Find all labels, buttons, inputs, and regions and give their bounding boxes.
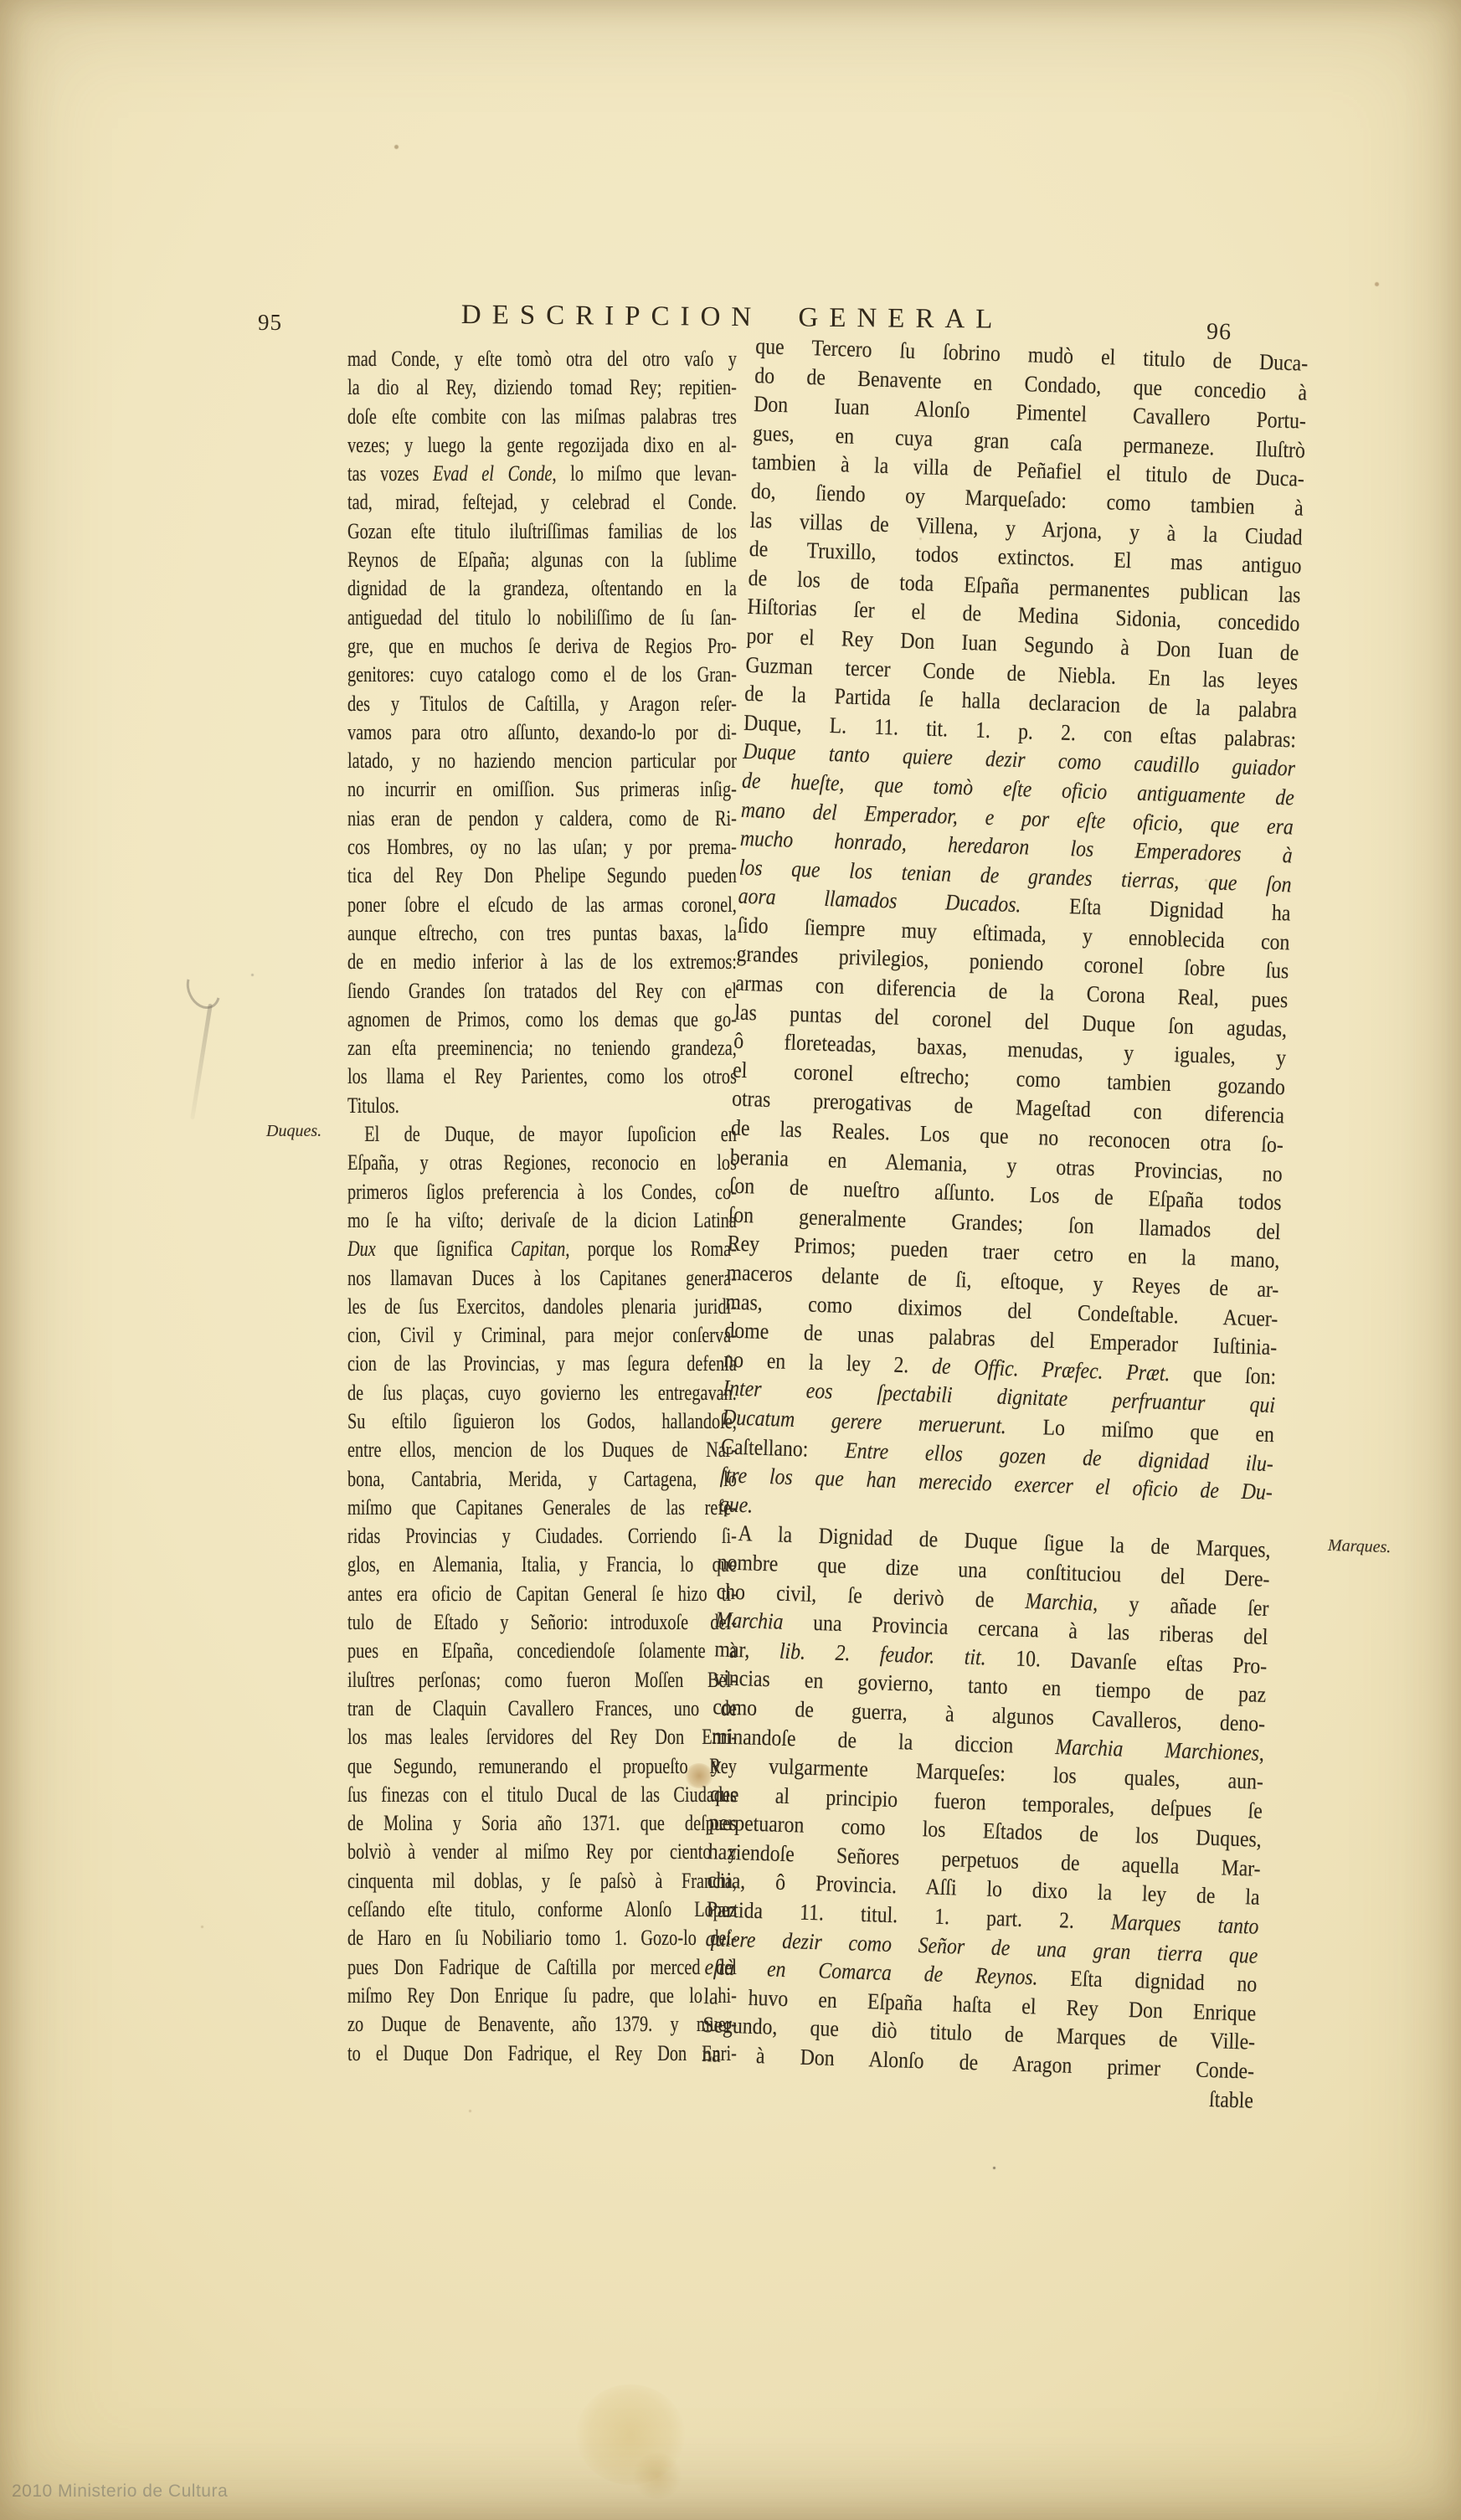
text-line: Dux que ſignifica Capitan, porque los Ro… <box>347 1235 737 1263</box>
text-column-page-95: mad Conde, y eſte tomò otra del otro vaſ… <box>347 345 737 2068</box>
text-line: tad, mirad, feſtejad, y celebrad el Cond… <box>347 488 737 517</box>
text-line: los llama el Rey Parientes, como los otr… <box>347 1062 737 1091</box>
text-line: tran de Claquin Cavallero Frances, uno d… <box>347 1695 737 1723</box>
paper-stain <box>632 2453 682 2499</box>
text-line: Eſpaña, y otras Regiones, reconocio en l… <box>347 1149 737 1177</box>
text-line: cion, Civil y Criminal, para mejor conſe… <box>347 1321 737 1350</box>
text-line: Reynos de Eſpaña; algunas con la ſublime <box>347 546 737 574</box>
text-line: mo ſe ha viſto; derivaſe de la dicion La… <box>347 1206 737 1235</box>
text-line: doſe eſte combite con las miſmas palabra… <box>347 403 737 431</box>
text-line: de Molina y Soria año 1371. que deſpues <box>347 1809 737 1838</box>
text-line: vezes; y luego la gente regozijada dixo … <box>347 431 737 460</box>
text-line: cion de las Provincias, y mas ſegura def… <box>347 1350 737 1378</box>
text-line: les de ſus Exercitos, dandoles plenaria … <box>347 1293 737 1321</box>
text-line: de Haro en ſu Nobiliario tomo 1. Gozo-lo… <box>347 1924 737 1952</box>
text-line: nos llamavan Duces à los Capitanes gener… <box>347 1264 737 1293</box>
text-line: tas vozes Evad el Conde, lo miſmo que le… <box>347 460 737 488</box>
text-line: primeros ſiglos preferencia à los Condes… <box>347 1178 737 1206</box>
text-line: ridas Provincias y Ciudades. Corriendo ſ… <box>347 1522 737 1551</box>
text-line: to el Duque Don Fadrique, el Rey Don Enr… <box>347 2039 737 2068</box>
text-line: genitores: cuyo catalogo como el de los … <box>347 661 737 689</box>
text-line: ſus finezas con el titulo Ducal de las C… <box>347 1781 737 1809</box>
text-line: des y Titulos de Caſtilla, y Aragon reſe… <box>347 690 737 718</box>
text-line: miſmo que Capitanes Generales de las ref… <box>347 1494 737 1522</box>
text-line: antes era oficio de Capitan General ſe h… <box>347 1580 737 1608</box>
text-line: zo Duque de Benavente, año 1379. y muer- <box>347 2010 737 2039</box>
running-header-title: DESCRIPCION GENERAL <box>461 300 1004 336</box>
text-line: pues Don Fadrique de Caſtilla por merced… <box>347 1953 737 1982</box>
text-line: que Segundo, remunerando el propueſto Re… <box>347 1752 737 1781</box>
text-line: los mas leales ſervidores del Rey Don En… <box>347 1723 737 1751</box>
text-line: cinquenta mil doblas, y ſe paſsò à Franc… <box>347 1867 737 1895</box>
text-line: nias eran de pendon y caldera, como de R… <box>347 805 737 833</box>
text-line: la dio al Rey, diziendo tomad Rey; repit… <box>347 373 737 402</box>
text-line: Su eſtilo ſiguieron los Godos, hallandoſ… <box>347 1407 737 1436</box>
text-line: vamos para otro aſſunto, dexando-lo por … <box>347 718 737 747</box>
text-line: El de Duque, de mayor ſupoſicion en <box>347 1120 737 1149</box>
paper-specks <box>0 0 3 3</box>
text-line: dignidad de la grandeza, oſtentando en l… <box>347 574 737 603</box>
text-line: latado, y no haziendo mencion particular… <box>347 747 737 775</box>
text-line: ſiendo Grandes ſon tratados del Rey con … <box>347 977 737 1005</box>
text-line: entre ellos, mencion de los Duques de Na… <box>347 1436 737 1464</box>
text-line: Gozan eſte titulo iluſtriſſimas familias… <box>347 517 737 546</box>
text-line: aunque eſtrecho, con tres puntas baxas, … <box>347 919 737 948</box>
page-number-95: 95 <box>258 310 282 336</box>
text-line: iluſtres perſonas; como fueron Moſſen Be… <box>347 1666 737 1695</box>
text-line: gre, que en muchos ſe deriva de Regios P… <box>347 632 737 661</box>
text-line: bolviò à vender al miſmo Rey por ciento … <box>347 1838 737 1866</box>
margin-note-duques: Duques. <box>266 1122 322 1141</box>
library-watermark: 2010 Ministerio de Cultura <box>12 2481 228 2502</box>
text-line: de ſus plaças, cuyo govierno les entrega… <box>347 1379 737 1407</box>
text-line: ceſſando eſte titulo, conforme Alonſo Lo… <box>347 1895 737 1924</box>
text-line: pues en Eſpaña, concediendoſe ſolamente … <box>347 1637 737 1665</box>
text-line: tica del Rey Don Phelipe Segundo pueden <box>347 861 737 890</box>
text-line: mad Conde, y eſte tomò otra del otro vaſ… <box>347 345 737 373</box>
text-line: miſmo Rey Don Enrique ſu padre, que lo h… <box>347 1982 737 2010</box>
text-line: no incurrir en omiſſion. Sus primeras in… <box>347 775 737 804</box>
text-line: agnomen de Primos, como los demas que go… <box>347 1005 737 1034</box>
text-line: cos Hombres, oy no las uſan; y por prema… <box>347 833 737 861</box>
text-line: glos, en Alemania, Italia, y Francia, lo… <box>347 1551 737 1579</box>
book-page-scan: 95 DESCRIPCION GENERAL 96 Duques. Marque… <box>0 0 1461 2520</box>
ink-smudge <box>179 963 255 1139</box>
text-column-page-96: que Tercero ſu ſobrino mudò el titulo de… <box>701 332 1309 2115</box>
text-line: zan eſta preeminencia; no teniendo grand… <box>347 1034 737 1062</box>
page-number-96: 96 <box>1206 319 1232 347</box>
text-line: bona, Cantabria, Merida, y Cartagena, lo <box>347 1465 737 1494</box>
margin-note-marques: Marques. <box>1328 1536 1392 1557</box>
text-line: antiguedad del titulo lo nobiliſſimo de … <box>347 604 737 632</box>
text-line: Titulos. <box>347 1092 737 1120</box>
text-line: poner ſobre el eſcudo de las armas coron… <box>347 891 737 919</box>
text-line: tulo de Eſtado y Señorio: introduxoſe de… <box>347 1608 737 1637</box>
text-line: de en medio inferior à las de los extrem… <box>347 948 737 976</box>
